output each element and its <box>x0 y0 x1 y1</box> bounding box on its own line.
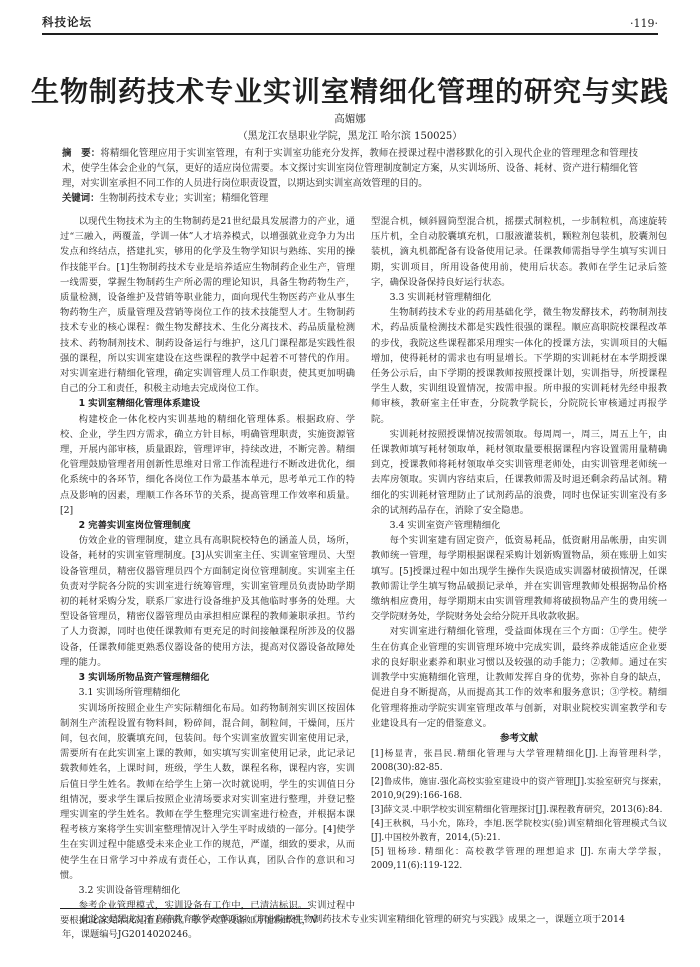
keywords: 关键词：生物制药技术专业；实训室；精细化管理 <box>62 190 638 204</box>
keywords-label: 关键词： <box>62 193 100 204</box>
author: 高媚娜 <box>0 111 700 126</box>
paragraph: 实训场所按照企业生产实际精细化布局。如药物制剂实训区按固体制剂生产流程设置有物料… <box>60 701 355 883</box>
left-column: 以现代生物技术为主的生物制药是21世纪最具发展潜力的产业，通过“三融入，两覆盖，… <box>60 214 355 929</box>
paragraph: 对实训室进行精细化管理，受益面体现在三个方面：①学生。使学生在仿真企业管理的实训… <box>371 624 667 730</box>
reference-item: [3]薛文灵.中职学校实训室精细化管理探讨[J].课程教育研究，2013(6):… <box>371 803 667 817</box>
subsection-heading: 3.1 实训场所管理精细化 <box>60 685 355 700</box>
paragraph: 仿效企业的管理制度，建立具有高职院校特色的涵盖人员，场所，设备，耗材的实训室管理… <box>60 533 355 670</box>
header-rule <box>42 33 658 35</box>
footnote: 此论文是黑龙江省高等教育教学改革项目《职业院校生物制药技术专业实训室精细化管理的… <box>62 912 638 942</box>
abstract-label: 摘 要： <box>62 148 100 159</box>
abstract: 摘 要：将精细化管理应用于实训室管理，有利于实训室功能充分发挥，教师在授课过程中… <box>62 146 638 191</box>
paragraph: 生物制药技术专业的药用基础化学，微生物发酵技术，药物制剂技术，药品质量检测技术都… <box>371 305 667 427</box>
right-column: 型混合机，倾斜圆筒型混合机，摇摆式制粒机，一步制粒机，高速旋转压片机，全自动胶囊… <box>371 214 667 873</box>
section-heading: 1 实训室精细化管理体系建设 <box>60 396 355 411</box>
paragraph: 每个实训室建有固定资产，低资易耗品，低资耐用品帐册，由实训教师统一管理，每学期根… <box>371 533 667 624</box>
section-heading: 2 完善实训室岗位管理制度 <box>60 518 355 533</box>
paragraph: 实训耗材按照授课情况按需领取。每周周一，周三，周五上午，由任课教师填写耗材领取单… <box>371 427 667 518</box>
paragraph: 以现代生物技术为主的生物制药是21世纪最具发展潜力的产业，通过“三融入，两覆盖，… <box>60 214 355 396</box>
reference-item: [1]杨显青，张昌民.精细化管理与大学管理精细化[J].上海管理科学，2008(… <box>371 747 667 775</box>
subsection-heading: 3.3 实训耗材管理精细化 <box>371 290 667 305</box>
reference-item: [2]鲁成伟，施宙.强化高校实验室建设中的资产管理[J].实验室研究与探索，20… <box>371 775 667 803</box>
section-heading: 3 实训场所物品资产管理精细化 <box>60 670 355 685</box>
footnote-rule <box>60 908 310 909</box>
references-heading: 参考文献 <box>371 731 667 747</box>
page-number: ·119· <box>630 17 658 30</box>
subsection-heading: 3.4 实训室资产管理精细化 <box>371 518 667 533</box>
paragraph: 型混合机，倾斜圆筒型混合机，摇摆式制粒机，一步制粒机，高速旋转压片机，全自动胶囊… <box>371 214 667 290</box>
page-header: 科技论坛 ·119· <box>42 10 658 30</box>
reference-item: [4]王秋枫，马小允，陈玲，李旭.医学院校实(验)训室精细化管理模式刍议[J].… <box>371 817 667 845</box>
keywords-text: 生物制药技术专业；实训室；精细化管理 <box>100 193 269 204</box>
affiliation: （黑龙江农垦职业学院，黑龙江 哈尔滨 150025） <box>0 127 700 142</box>
abstract-text: 将精细化管理应用于实训室管理，有利于实训室功能充分发挥，教师在授课过程中潜移默化… <box>62 148 638 189</box>
paper-title: 生物制药技术专业实训室精细化管理的研究与实践 <box>0 70 700 110</box>
paragraph: 构建校企一体化校内实训基地的精细化管理体系。根据政府、学校、企业，学生四方需求，… <box>60 412 355 518</box>
reference-item: [5] 钮杨珍. 精细化：高校教学管理的理想追求 [J]. 东南大学学报，200… <box>371 845 667 873</box>
journal-name: 科技论坛 <box>42 14 92 30</box>
subsection-heading: 3.2 实训设备管理精细化 <box>60 883 355 898</box>
